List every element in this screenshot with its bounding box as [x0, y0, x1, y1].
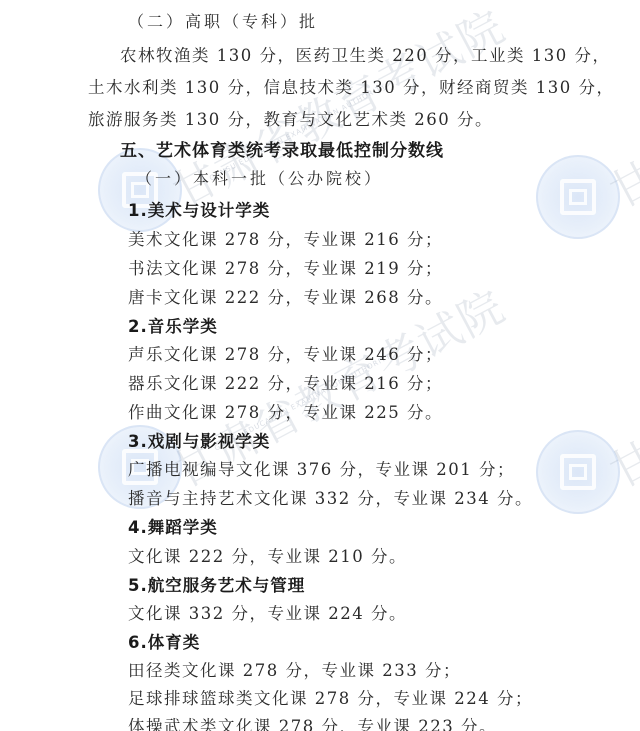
category-title: 4.舞蹈学类: [128, 514, 218, 538]
text-line: 声乐文化课 278 分，专业课 246 分；: [128, 341, 443, 365]
seal-logo-icon: [536, 155, 620, 239]
text-line: 唐卡文化课 222 分，专业课 268 分。: [128, 284, 443, 308]
text-line: 广播电视编导文化课 376 分，专业课 201 分；: [128, 456, 515, 480]
text-line: 体操武术类文化课 278 分，专业课 223 分。: [128, 713, 497, 731]
vocational-batch-heading: （二）高职（专科）批: [128, 9, 318, 32]
category-title: 3.戏剧与影视学类: [128, 428, 270, 452]
text-line: 土木水利类 130 分，信息技术类 130 分，财经商贸类 130 分，: [88, 74, 614, 98]
category-title: 1.美术与设计学类: [128, 197, 270, 221]
category-title: 6.体育类: [128, 629, 200, 653]
text-line: 器乐文化课 222 分，专业课 216 分；: [128, 370, 443, 394]
text-line: 作曲文化课 278 分，专业课 225 分。: [128, 399, 443, 423]
section-heading: 五、艺术体育类统考录取最低控制分数线: [120, 136, 444, 161]
category-title: 5.航空服务艺术与管理: [128, 572, 305, 596]
text-line: 美术文化课 278 分，专业课 216 分；: [128, 226, 443, 250]
text-line: 足球排球篮球类文化课 278 分，专业课 224 分；: [128, 685, 533, 709]
text-line: 书法文化课 278 分，专业课 219 分；: [128, 255, 443, 279]
seal-logo-icon: [536, 430, 620, 514]
text-line: 文化课 222 分，专业课 210 分。: [128, 543, 407, 567]
text-line: 农林牧渔类 130 分，医药卫生类 220 分，工业类 130 分，: [120, 42, 610, 66]
category-title: 2.音乐学类: [128, 313, 218, 337]
watermark-glyph: 甘: [597, 422, 640, 500]
document-page: 甘肃省教育考试院 GANSU EDUCATION EXAMINATION AUT…: [0, 0, 640, 731]
text-line: 播音与主持艺术文化课 332 分，专业课 234 分。: [128, 485, 533, 509]
text-line: 文化课 332 分，专业课 224 分。: [128, 600, 407, 624]
sub-heading: （一）本科一批（公办院校）: [136, 166, 383, 189]
text-line: 旅游服务类 130 分，教育与文化艺术类 260 分。: [88, 106, 493, 130]
watermark-glyph: 甘: [597, 142, 640, 220]
text-line: 田径类文化课 278 分，专业课 233 分；: [128, 657, 461, 681]
